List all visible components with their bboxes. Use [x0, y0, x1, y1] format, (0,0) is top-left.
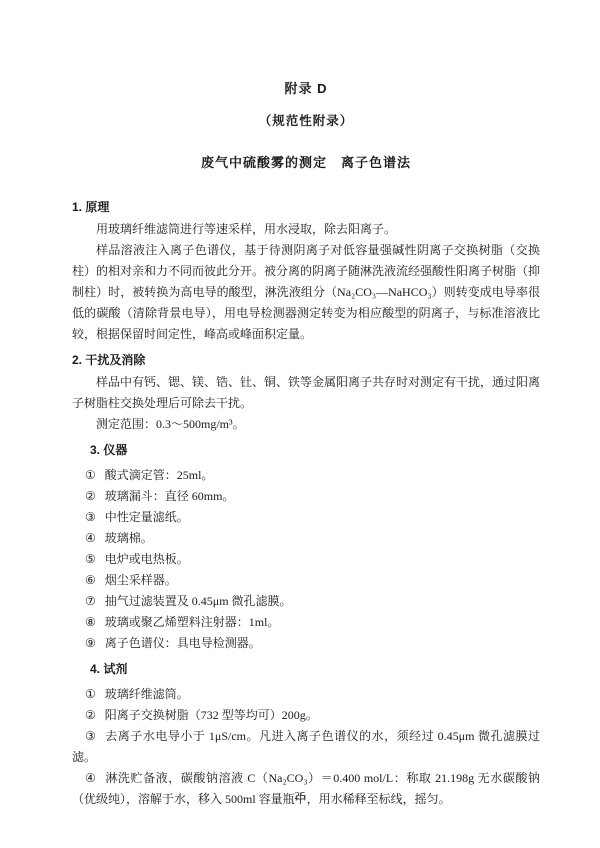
list-item: ⑥烟尘采样器。 — [72, 570, 540, 591]
item-text: 玻璃漏斗：直径 60mm。 — [105, 489, 235, 503]
item-text: 抽气过滤装置及 0.45μm 微孔滤膜。 — [105, 594, 292, 608]
page-number: 25 — [0, 790, 600, 802]
section-heading-principle: 1. 原理 — [72, 197, 540, 218]
section-heading-interference: 2. 干扰及消除 — [72, 350, 540, 371]
item-text: 离子色谱仪：具电导检测器。 — [105, 636, 261, 650]
paragraph-measure-range: 测定范围：0.3～500mg/m³。 — [72, 414, 540, 435]
section-heading-apparatus: 3. 仪器 — [90, 440, 540, 461]
item-text: 电炉或电热板。 — [105, 552, 189, 566]
item-text: 酸式滴定管：25ml。 — [105, 468, 214, 482]
item-text: 烟尘采样器。 — [105, 573, 177, 587]
list-item: ⑤电炉或电热板。 — [72, 549, 540, 570]
item-text: 玻璃纤维滤筒。 — [105, 687, 189, 701]
item-text: 阳离子交换树脂（732 型等均可）200g。 — [105, 708, 318, 722]
document-title: 废气中硫酸雾的测定 离子色谱法 — [72, 152, 540, 171]
item-marker: ⑥ — [85, 573, 96, 587]
apparatus-list: ①酸式滴定管：25ml。 ②玻璃漏斗：直径 60mm。 ③中性定量滤纸。 ④玻璃… — [72, 465, 540, 654]
appendix-title: 附录 D — [72, 78, 540, 97]
item-marker: ⑨ — [85, 636, 96, 650]
item-marker: ④ — [85, 531, 96, 545]
item-text: 去离子水电导小于 1μS/cm。凡进入离子色谱仪的水，须经过 0.45μm 微孔… — [72, 729, 540, 764]
item-marker: ⑤ — [85, 552, 96, 566]
item-text: 中性定量滤纸。 — [105, 510, 189, 524]
paragraph-principle-1: 用玻璃纤维滤筒进行等速采样，用水浸取，除去阳离子。 — [72, 219, 540, 240]
paragraph-interference-1: 样品中有钙、锶、镁、锆、钍、铜、铁等金属阳离子共存时对测定有干扰，通过阳离子树脂… — [72, 372, 540, 414]
item-marker: ④ — [85, 771, 96, 785]
appendix-subtitle: （规范性附录） — [72, 111, 540, 129]
list-item: ⑦抽气过滤装置及 0.45μm 微孔滤膜。 — [72, 591, 540, 612]
document-page: 附录 D （规范性附录） 废气中硫酸雾的测定 离子色谱法 1. 原理 用玻璃纤维… — [0, 0, 600, 848]
item-marker: ① — [85, 468, 96, 482]
paragraph-principle-2: 样品溶液注入离子色谱仪，基于待测阴离子对低容量强碱性阴离子交换树脂（交换柱）的相… — [72, 240, 540, 345]
list-item: ①酸式滴定管：25ml。 — [72, 465, 540, 486]
list-item: ④淋洗贮备液，碳酸钠溶液 C（Na₂CO₃）＝0.400 mol/L：称取 21… — [72, 768, 540, 810]
list-item: ⑨离子色谱仪：具电导检测器。 — [72, 633, 540, 654]
item-marker: ② — [85, 489, 96, 503]
list-item: ②玻璃漏斗：直径 60mm。 — [72, 486, 540, 507]
item-marker: ③ — [85, 729, 96, 743]
item-marker: ⑦ — [85, 594, 96, 608]
list-item: ③中性定量滤纸。 — [72, 507, 540, 528]
item-text: 玻璃棉。 — [105, 531, 153, 545]
list-item: ③去离子水电导小于 1μS/cm。凡进入离子色谱仪的水，须经过 0.45μm 微… — [72, 726, 540, 768]
title-block: 附录 D （规范性附录） 废气中硫酸雾的测定 离子色谱法 — [72, 78, 540, 171]
item-marker: ② — [85, 708, 96, 722]
list-item: ⑧玻璃或聚乙烯塑料注射器：1ml。 — [72, 612, 540, 633]
list-item: ①玻璃纤维滤筒。 — [72, 684, 540, 705]
item-marker: ③ — [85, 510, 96, 524]
list-item: ④玻璃棉。 — [72, 528, 540, 549]
section-heading-reagents: 4. 试剂 — [90, 659, 540, 680]
item-marker: ⑧ — [85, 615, 96, 629]
list-item: ②阳离子交换树脂（732 型等均可）200g。 — [72, 705, 540, 726]
item-marker: ① — [85, 687, 96, 701]
item-text: 玻璃或聚乙烯塑料注射器：1ml。 — [105, 615, 280, 629]
